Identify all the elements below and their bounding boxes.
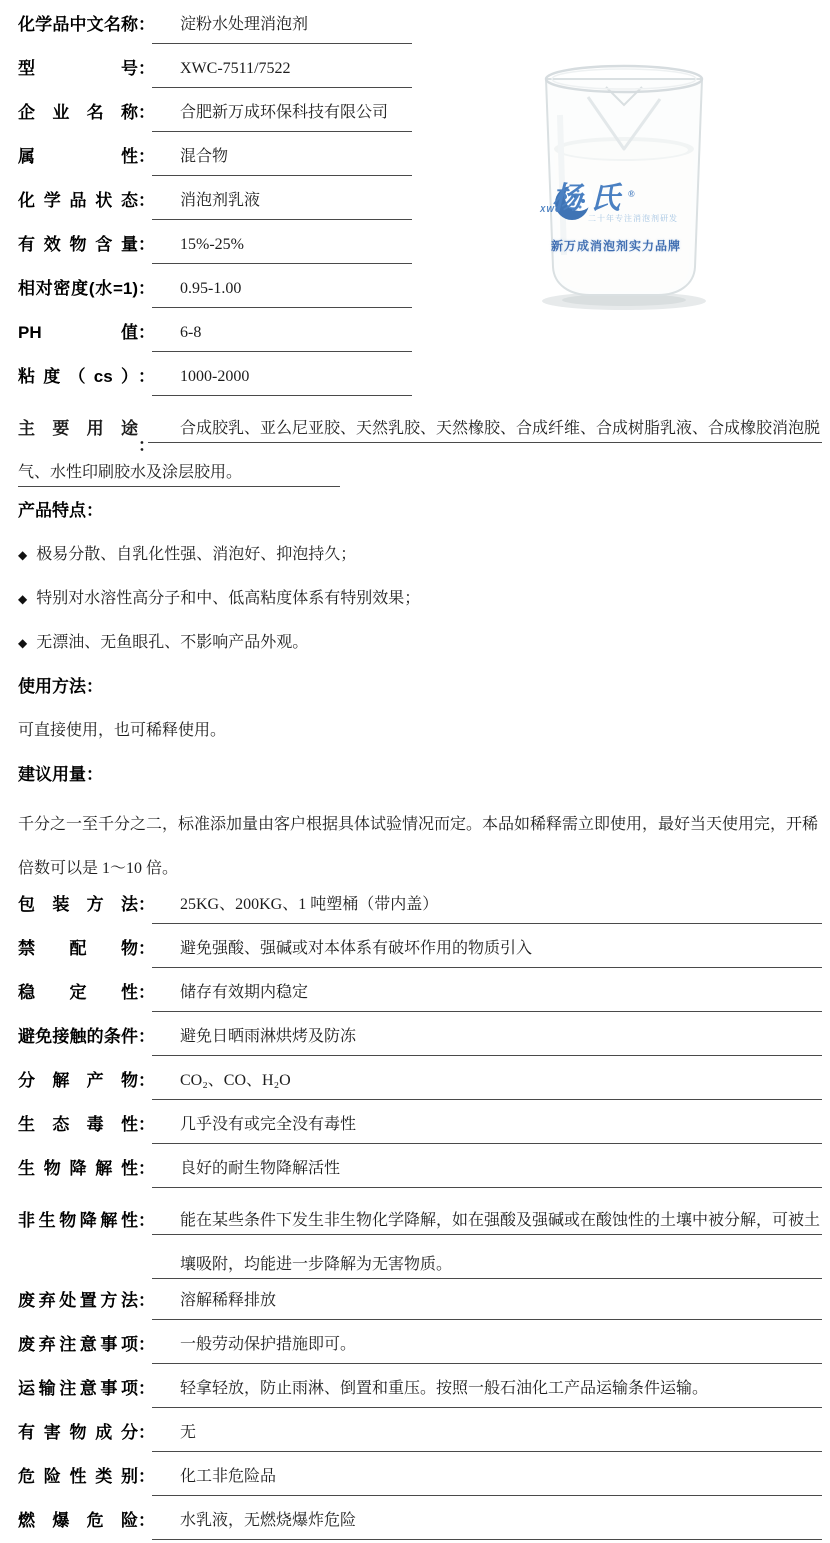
- field-value: 轻拿轻放，防止雨淋、倒置和重压。按照一般石油化工产品运输条件运输。: [152, 1380, 708, 1397]
- feature-item: ◆极易分散、自乳化性强、消泡好、抑泡持久；: [0, 539, 830, 583]
- spec-row-chemical-name: 化学品中文名称： 淀粉水处理消泡剂: [0, 11, 830, 55]
- field-value: 水乳液，无燃烧爆炸危险: [152, 1512, 356, 1529]
- underline: 合肥新万成环保科技有限公司: [152, 99, 412, 132]
- feature-text: 极易分散、自乳化性强、消泡好、抑泡持久；: [36, 541, 356, 569]
- dosage-body: 千分之一至千分之二，标准添加量由客户根据具体试验情况而定。本品如稀释需立即使用，…: [0, 803, 830, 891]
- usage-body: 可直接使用，也可稀释使用。: [0, 715, 830, 759]
- field-label-wrap: 主要用途：: [18, 407, 180, 451]
- label-colon: ：: [138, 1375, 152, 1408]
- label-colon: ：: [138, 187, 152, 220]
- label-colon: ：: [138, 1155, 152, 1188]
- field-value: 合肥新万成环保科技有限公司: [152, 104, 388, 121]
- spec-row-ecotoxicity: 生态毒性： 几乎没有或完全没有毒性: [0, 1111, 830, 1155]
- brand-name-text: 杨氏®: [552, 177, 635, 216]
- underline: 储存有效期内稳定: [152, 979, 822, 1012]
- field-value: CO₂、CO、H₂O: [152, 1072, 291, 1089]
- field-label: 燃爆危险: [18, 1507, 138, 1540]
- underline: 良好的耐生物降解活性: [152, 1155, 822, 1188]
- field-value: 化工非危险品: [152, 1468, 276, 1485]
- field-label: 生态毒性: [18, 1111, 138, 1144]
- field-label: 分解产物: [18, 1067, 138, 1100]
- diamond-bullet-icon: ◆: [18, 629, 27, 657]
- field-label: 禁配物: [18, 935, 138, 968]
- underline: CO₂、CO、H₂O: [152, 1067, 822, 1100]
- label-colon: ：: [138, 1023, 152, 1056]
- feature-item: ◆无漂油、无鱼眼孔、不影响产品外观。: [0, 627, 830, 671]
- field-label: 化学品中文名称: [18, 11, 138, 44]
- field-value: 15%-25%: [152, 236, 244, 253]
- underline: 水乳液，无燃烧爆炸危险: [152, 1507, 822, 1540]
- spec-row-disposal-method: 废弃处置方法： 溶解稀释排放: [0, 1287, 830, 1331]
- spec-row-hazard-class: 危险性类别： 化工非危险品: [0, 1463, 830, 1507]
- underline: 避免日晒雨淋烘烤及防冻: [152, 1023, 822, 1056]
- field-flow: 主要用途：合成胶乳、亚么尼亚胶、天然乳胶、天然橡胶、合成纤维、合成树脂乳液、合成…: [18, 407, 822, 495]
- brand-logo: 杨氏®: [544, 177, 635, 216]
- underline: 混合物: [152, 143, 412, 176]
- field-label: 废弃注意事项: [18, 1331, 138, 1364]
- field-label: 有效物含量: [18, 231, 138, 264]
- field-label: 主要用途: [18, 407, 138, 451]
- underline: 轻拿轻放，防止雨淋、倒置和重压。按照一般石油化工产品运输条件运输。: [152, 1375, 822, 1408]
- field-label: 避免接触的条件: [18, 1023, 138, 1056]
- label-colon: ：: [138, 1419, 152, 1452]
- field-label: 生物降解性: [18, 1155, 138, 1188]
- field-value: 无: [152, 1424, 196, 1441]
- underline: 一般劳动保护措施即可。: [152, 1331, 822, 1364]
- spec-row-harmful-ingredients: 有害物成分： 无: [0, 1419, 830, 1463]
- underline: 化工非危险品: [152, 1463, 822, 1496]
- label-colon: ：: [138, 99, 152, 132]
- product-photo: XWC 杨氏® 二十年专注消泡剂研发 新万成消泡剂实力品牌: [526, 55, 726, 315]
- field-label: PH值: [18, 319, 138, 352]
- underline: XWC-7511/7522: [152, 55, 412, 88]
- label-colon: ：: [138, 979, 152, 1012]
- label-colon: ：: [138, 1331, 152, 1364]
- label-colon: ：: [138, 1507, 152, 1540]
- field-label: 运输注意事项: [18, 1375, 138, 1408]
- field-value: 避免日晒雨淋烘烤及防冻: [152, 1028, 356, 1045]
- underline: 1000-2000: [152, 363, 412, 396]
- field-value: 一般劳动保护措施即可。: [152, 1336, 356, 1353]
- field-label: 属性: [18, 143, 138, 176]
- label-colon: ：: [138, 143, 152, 176]
- field-label: 有害物成分: [18, 1419, 138, 1452]
- field-value: 淀粉水处理消泡剂: [152, 16, 308, 33]
- field-value: 能在某些条件下发生非生物化学降解，如在强酸及强碱或在酸蚀性的土壤中被分解，可被土…: [152, 1199, 822, 1287]
- field-label: 化学品状态: [18, 187, 138, 220]
- field-value: 混合物: [152, 148, 228, 165]
- field-label: 企业名称: [18, 99, 138, 132]
- field-label: 非生物降解性: [18, 1199, 138, 1243]
- label-colon: ：: [138, 231, 152, 264]
- field-value: 储存有效期内稳定: [152, 984, 308, 1001]
- underline: 避免强酸、强碱或对本体系有破坏作用的物质引入: [152, 935, 822, 968]
- diamond-bullet-icon: ◆: [18, 585, 27, 613]
- label-colon: ：: [138, 1067, 152, 1100]
- dosage-text: 千分之一至千分之二，标准添加量由客户根据具体试验情况而定。本品如稀释需立即使用，…: [18, 803, 822, 891]
- field-value: 1000-2000: [152, 368, 249, 385]
- spec-row-viscosity: 粘度（cs）： 1000-2000: [0, 363, 830, 407]
- field-label: 稳定性: [18, 979, 138, 1012]
- label-colon: ：: [138, 319, 152, 352]
- field-value: 溶解稀释排放: [152, 1292, 276, 1309]
- field-label: 粘度（cs）: [18, 363, 138, 396]
- field-value: 几乎没有或完全没有毒性: [152, 1116, 356, 1133]
- underline: 无: [152, 1419, 822, 1452]
- feature-text: 无漂油、无鱼眼孔、不影响产品外观。: [36, 629, 308, 657]
- underline: 6-8: [152, 319, 412, 352]
- underline: 淀粉水处理消泡剂: [152, 11, 412, 44]
- label-colon: ：: [138, 935, 152, 968]
- label-colon: ：: [138, 1111, 152, 1144]
- field-value: 良好的耐生物降解活性: [152, 1160, 340, 1177]
- label-colon: ：: [138, 424, 152, 468]
- spec-row-main-use: 主要用途：合成胶乳、亚么尼亚胶、天然乳胶、天然橡胶、合成纤维、合成树脂乳液、合成…: [0, 407, 830, 495]
- product-spec-document: 化学品中文名称： 淀粉水处理消泡剂 型号： XWC-7511/7522 企业名称…: [0, 0, 830, 1543]
- field-label: 型号: [18, 55, 138, 88]
- label-colon: ：: [138, 55, 152, 88]
- spec-row-biodegradability: 生物降解性： 良好的耐生物降解活性: [0, 1155, 830, 1199]
- section-heading-features: 产品特点：: [0, 495, 830, 539]
- field-value: 避免强酸、强碱或对本体系有破坏作用的物质引入: [152, 940, 532, 957]
- field-value: 0.95-1.00: [152, 280, 241, 297]
- spec-row-explosion-hazard: 燃爆危险： 水乳液，无燃烧爆炸危险: [0, 1507, 830, 1543]
- underline: 溶解稀释排放: [152, 1287, 822, 1320]
- section-heading-usage: 使用方法：: [0, 671, 830, 715]
- feature-item: ◆特别对水溶性高分子和中、低高粘度体系有特别效果；: [0, 583, 830, 627]
- label-colon: ：: [138, 1199, 152, 1243]
- label-colon: ：: [138, 363, 152, 396]
- spec-row-incompatibles: 禁配物： 避免强酸、强碱或对本体系有破坏作用的物质引入: [0, 935, 830, 979]
- underline: 0.95-1.00: [152, 275, 412, 308]
- spec-row-conditions-to-avoid: 避免接触的条件： 避免日晒雨淋烘烤及防冻: [0, 1023, 830, 1067]
- underline: [148, 442, 822, 443]
- field-value: 6-8: [152, 324, 201, 341]
- field-value: XWC-7511/7522: [152, 60, 291, 77]
- underline: 消泡剂乳液: [152, 187, 412, 220]
- field-label: 包装方法: [18, 891, 138, 924]
- field-label: 废弃处置方法: [18, 1287, 138, 1320]
- spec-row-transport-precautions: 运输注意事项： 轻拿轻放，防止雨淋、倒置和重压。按照一般石油化工产品运输条件运输…: [0, 1375, 830, 1419]
- spec-row-packaging: 包装方法： 25KG、200KG、1 吨塑桶（带内盖）: [0, 891, 830, 935]
- section-heading-dosage: 建议用量：: [0, 759, 830, 803]
- spec-row-decomposition-products: 分解产物： CO₂、CO、H₂O: [0, 1067, 830, 1111]
- underline: 15%-25%: [152, 231, 412, 264]
- brand-ribbon: 新万成消泡剂实力品牌: [532, 237, 700, 254]
- label-colon: ：: [138, 1463, 152, 1496]
- field-label: 相对密度(水=1): [18, 275, 138, 308]
- diamond-bullet-icon: ◆: [18, 541, 27, 569]
- label-colon: ：: [138, 11, 152, 44]
- brand-tagline: 二十年专注消泡剂研发: [588, 213, 678, 224]
- spec-row-stability: 稳定性： 储存有效期内稳定: [0, 979, 830, 1023]
- spec-row-disposal-precautions: 废弃注意事项： 一般劳动保护措施即可。: [0, 1331, 830, 1375]
- underline: [18, 486, 340, 487]
- underline: 25KG、200KG、1 吨塑桶（带内盖）: [152, 891, 822, 924]
- feature-text: 特别对水溶性高分子和中、低高粘度体系有特别效果；: [36, 585, 420, 613]
- label-colon: ：: [138, 891, 152, 924]
- underline: 几乎没有或完全没有毒性: [152, 1111, 822, 1144]
- spec-row-ph: PH值： 6-8: [0, 319, 830, 363]
- field-value: 消泡剂乳液: [152, 192, 260, 209]
- label-colon: ：: [138, 1287, 152, 1320]
- field-value: 25KG、200KG、1 吨塑桶（带内盖）: [152, 896, 438, 913]
- field-label: 危险性类别: [18, 1463, 138, 1496]
- registered-mark: ®: [628, 189, 635, 199]
- spec-row-non-bio-degradability: 非生物降解性： 能在某些条件下发生非生物化学降解，如在强酸及强碱或在酸蚀性的土壤…: [0, 1199, 830, 1287]
- label-colon: ：: [138, 275, 152, 308]
